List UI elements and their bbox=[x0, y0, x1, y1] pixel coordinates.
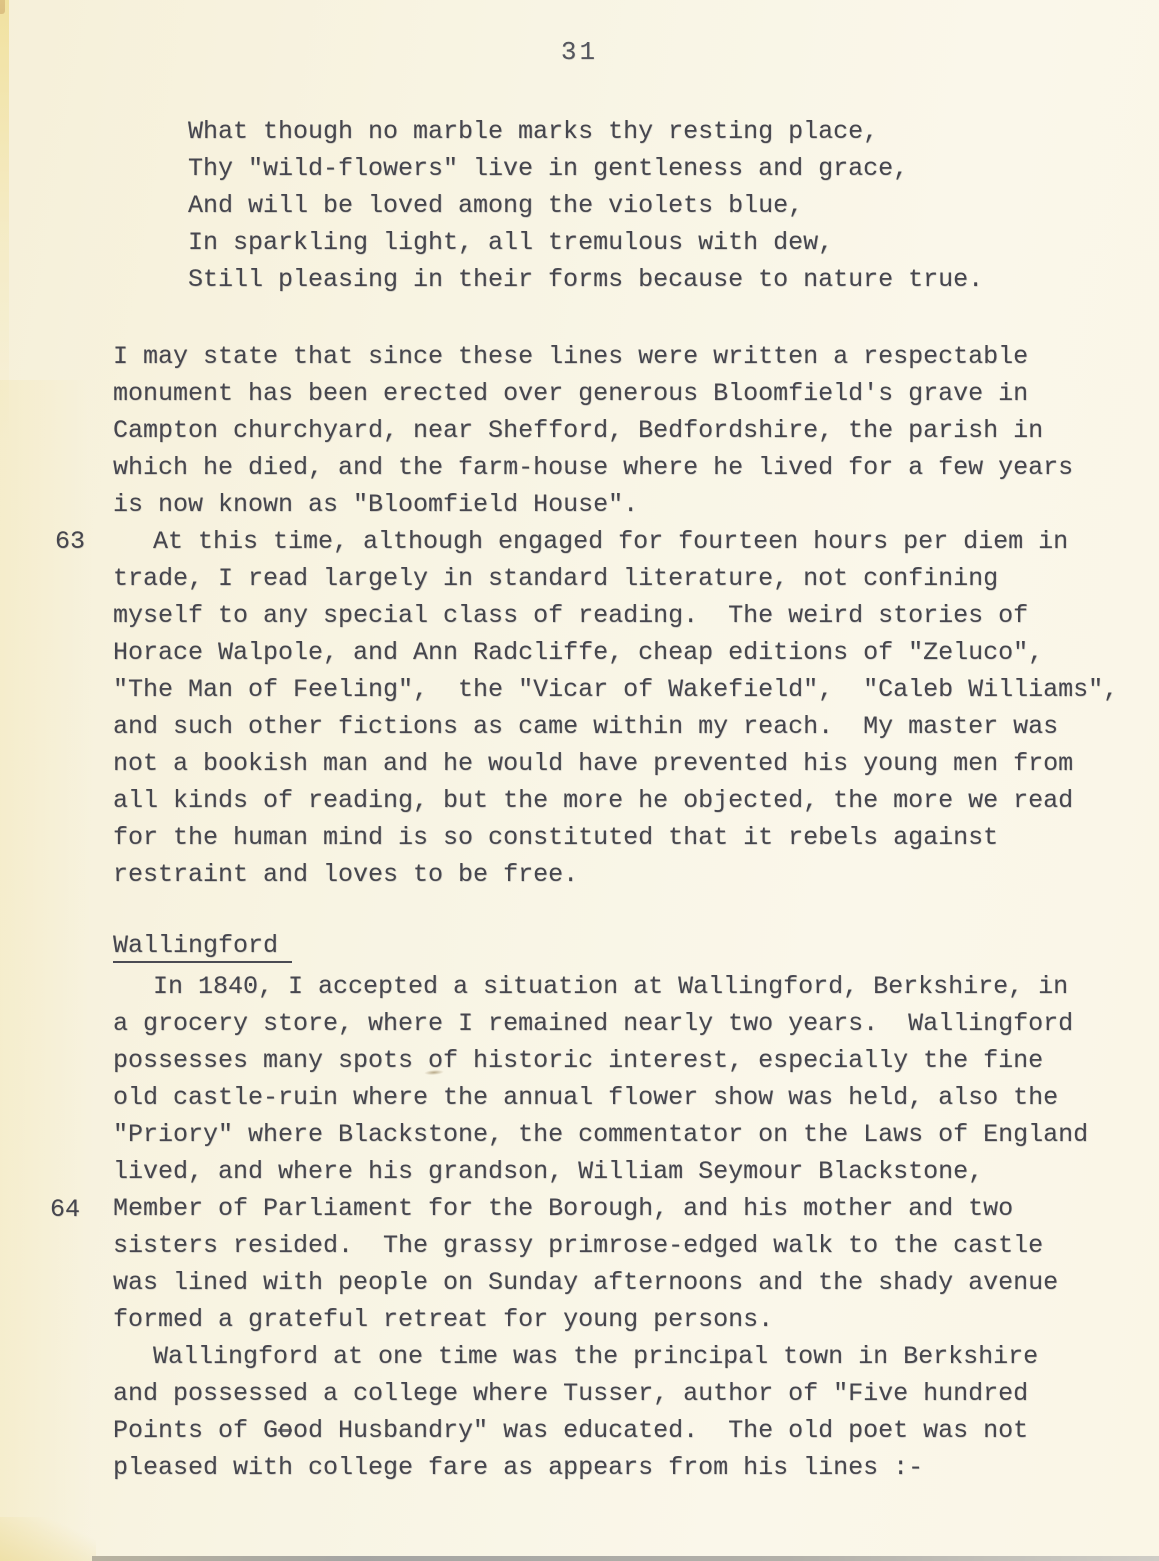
text-line: "The Man of Feeling", the "Vicar of Wake… bbox=[113, 671, 1118, 708]
poem-stanza: What though no marble marks thy resting … bbox=[188, 113, 983, 298]
text-line: In 1840, I accepted a situation at Walli… bbox=[113, 968, 1088, 1005]
poem-line: What though no marble marks thy resting … bbox=[188, 113, 983, 150]
text-line: formed a grateful retreat for young pers… bbox=[113, 1301, 1088, 1338]
text-line: Horace Walpole, and Ann Radcliffe, cheap… bbox=[113, 634, 1118, 671]
section-heading-wallingford: Wallingford bbox=[113, 931, 292, 963]
text-line: Member of Parliament for the Borough, an… bbox=[113, 1190, 1088, 1227]
text-line: Campton churchyard, near Shefford, Bedfo… bbox=[113, 412, 1073, 449]
text-line: "Priory" where Blackstone, the commentat… bbox=[113, 1116, 1088, 1153]
margin-number-63: 63 bbox=[55, 523, 85, 560]
text-line: not a bookish man and he would have prev… bbox=[113, 745, 1118, 782]
paragraph-reading-habits: At this time, although engaged for fourt… bbox=[113, 523, 1118, 893]
text-line: all kinds of reading, but the more he ob… bbox=[113, 782, 1118, 819]
text-line: and possessed a college where Tusser, au… bbox=[113, 1375, 1038, 1412]
text-line: and such other fictions as came within m… bbox=[113, 708, 1118, 745]
text-line: trade, I read largely in standard litera… bbox=[113, 560, 1118, 597]
scan-bottom-left-wedge bbox=[0, 1517, 96, 1561]
paragraph-tusser-college: Wallingford at one time was the principa… bbox=[113, 1338, 1038, 1486]
page-number: 31 bbox=[0, 36, 1159, 68]
scan-bottom-edge-line bbox=[92, 1556, 1159, 1561]
text-line: I may state that since these lines were … bbox=[113, 338, 1073, 375]
text-line: a grocery store, where I remained nearly… bbox=[113, 1005, 1088, 1042]
margin-number-64: 64 bbox=[50, 1191, 80, 1228]
text-line: At this time, although engaged for fourt… bbox=[113, 523, 1118, 560]
text-line: is now known as "Bloomfield House". bbox=[113, 486, 1073, 523]
text-line: for the human mind is so constituted tha… bbox=[113, 819, 1118, 856]
typewriter-overstrike-mark bbox=[278, 1429, 292, 1432]
poem-line: Still pleasing in their forms because to… bbox=[188, 261, 983, 298]
text-line: possesses many spots of historic interes… bbox=[113, 1042, 1088, 1079]
text-line: myself to any special class of reading. … bbox=[113, 597, 1118, 634]
text-line: restraint and loves to be free. bbox=[113, 856, 1118, 893]
text-line: old castle-ruin where the annual flower … bbox=[113, 1079, 1088, 1116]
text-line: pleased with college fare as appears fro… bbox=[113, 1449, 1038, 1486]
paragraph-wallingford-history: In 1840, I accepted a situation at Walli… bbox=[113, 968, 1088, 1338]
poem-line: Thy "wild-flowers" live in gentleness an… bbox=[188, 150, 983, 187]
section-heading-wrap: Wallingford bbox=[113, 931, 292, 963]
text-line: was lined with people on Sunday afternoo… bbox=[113, 1264, 1088, 1301]
text-line: monument has been erected over generous … bbox=[113, 375, 1073, 412]
text-line: lived, and where his grandson, William S… bbox=[113, 1153, 1088, 1190]
text-line: sisters resided. The grassy primrose-edg… bbox=[113, 1227, 1088, 1264]
poem-line: In sparkling light, all tremulous with d… bbox=[188, 224, 983, 261]
text-line: Points of Good Husbandry" was educated. … bbox=[113, 1412, 1038, 1449]
text-line: Wallingford at one time was the principa… bbox=[113, 1338, 1038, 1375]
typewritten-manuscript-page: 31 What though no marble marks thy resti… bbox=[0, 0, 1159, 1561]
poem-line: And will be loved among the violets blue… bbox=[188, 187, 983, 224]
paragraph-bloomfield-monument: I may state that since these lines were … bbox=[113, 338, 1073, 523]
text-line: which he died, and the farm-house where … bbox=[113, 449, 1073, 486]
